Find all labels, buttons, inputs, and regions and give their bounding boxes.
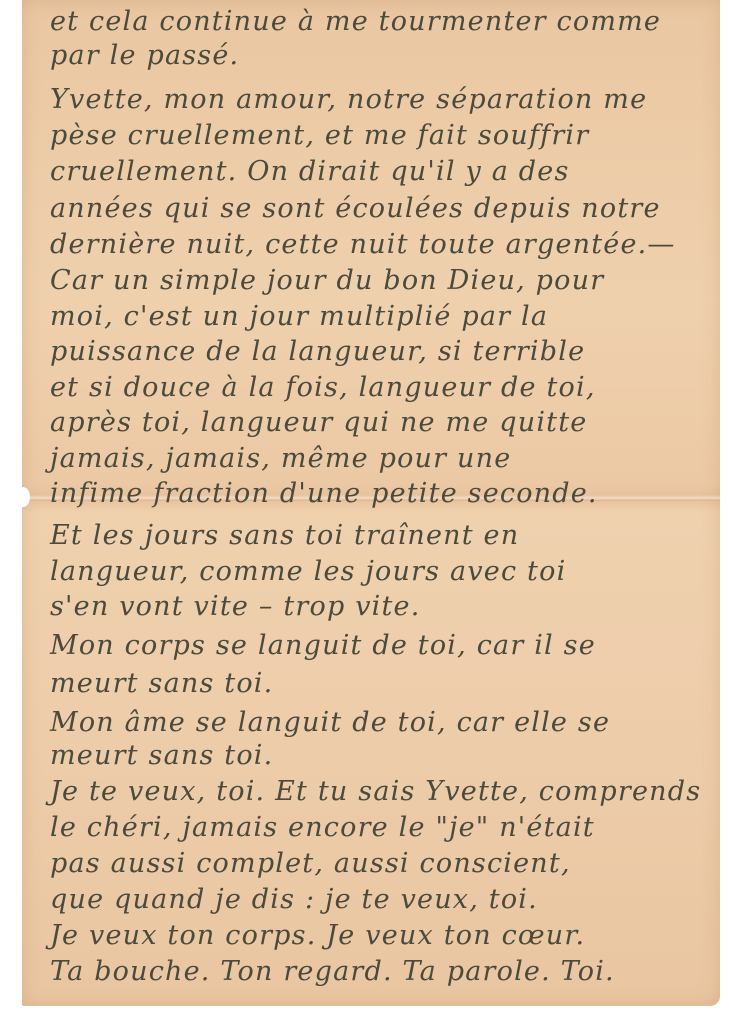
- handwritten-line: Je veux ton corps. Je veux ton cœur.: [50, 920, 585, 951]
- handwritten-line: infime fraction d'une petite seconde.: [50, 478, 598, 509]
- handwritten-line: Mon corps se languit de toi, car il se: [50, 630, 596, 661]
- handwritten-line: années qui se sont écoulées depuis notre: [50, 193, 661, 224]
- handwritten-line: puissance de la langueur, si terrible: [50, 336, 585, 367]
- handwritten-line: que quand je dis : je te veux, toi.: [50, 884, 538, 915]
- handwritten-line: meurt sans toi.: [50, 668, 273, 699]
- handwritten-line: après toi, langueur qui ne me quitte: [50, 407, 587, 438]
- handwritten-line: par le passé.: [50, 40, 239, 71]
- handwritten-line: Car un simple jour du bon Dieu, pour: [50, 265, 604, 296]
- handwritten-line: s'en vont vite – trop vite.: [50, 591, 421, 622]
- handwritten-line: et si douce à la fois, langueur de toi,: [50, 372, 596, 403]
- handwritten-line: moi, c'est un jour multiplié par la: [50, 301, 548, 332]
- handwritten-line: Je te veux, toi. Et tu sais Yvette, comp…: [50, 776, 701, 807]
- handwritten-line: Et les jours sans toi traînent en: [50, 520, 519, 551]
- handwritten-line: le chéri, jamais encore le "je" n'était: [50, 812, 595, 843]
- handwritten-line: langueur, comme les jours avec toi: [50, 556, 566, 587]
- paper-torn-notch: [16, 487, 30, 507]
- handwritten-line: pas aussi complet, aussi conscient,: [50, 848, 571, 879]
- handwritten-line: pèse cruellement, et me fait souffrir: [50, 120, 589, 151]
- handwritten-line: jamais, jamais, même pour une: [50, 443, 511, 474]
- handwritten-line: Mon âme se languit de toi, car elle se: [50, 707, 610, 738]
- handwritten-line: cruellement. On dirait qu'il y a des: [50, 156, 570, 187]
- handwritten-line: meurt sans toi.: [50, 740, 273, 771]
- letter-paper: et cela continue à me tourmenter commepa…: [22, 0, 720, 1006]
- handwritten-line: et cela continue à me tourmenter comme: [50, 6, 661, 37]
- handwritten-line: Yvette, mon amour, notre séparation me: [50, 84, 647, 115]
- handwritten-line: Ta bouche. Ton regard. Ta parole. Toi.: [50, 956, 615, 987]
- handwritten-line: dernière nuit, cette nuit toute argentée…: [50, 229, 676, 260]
